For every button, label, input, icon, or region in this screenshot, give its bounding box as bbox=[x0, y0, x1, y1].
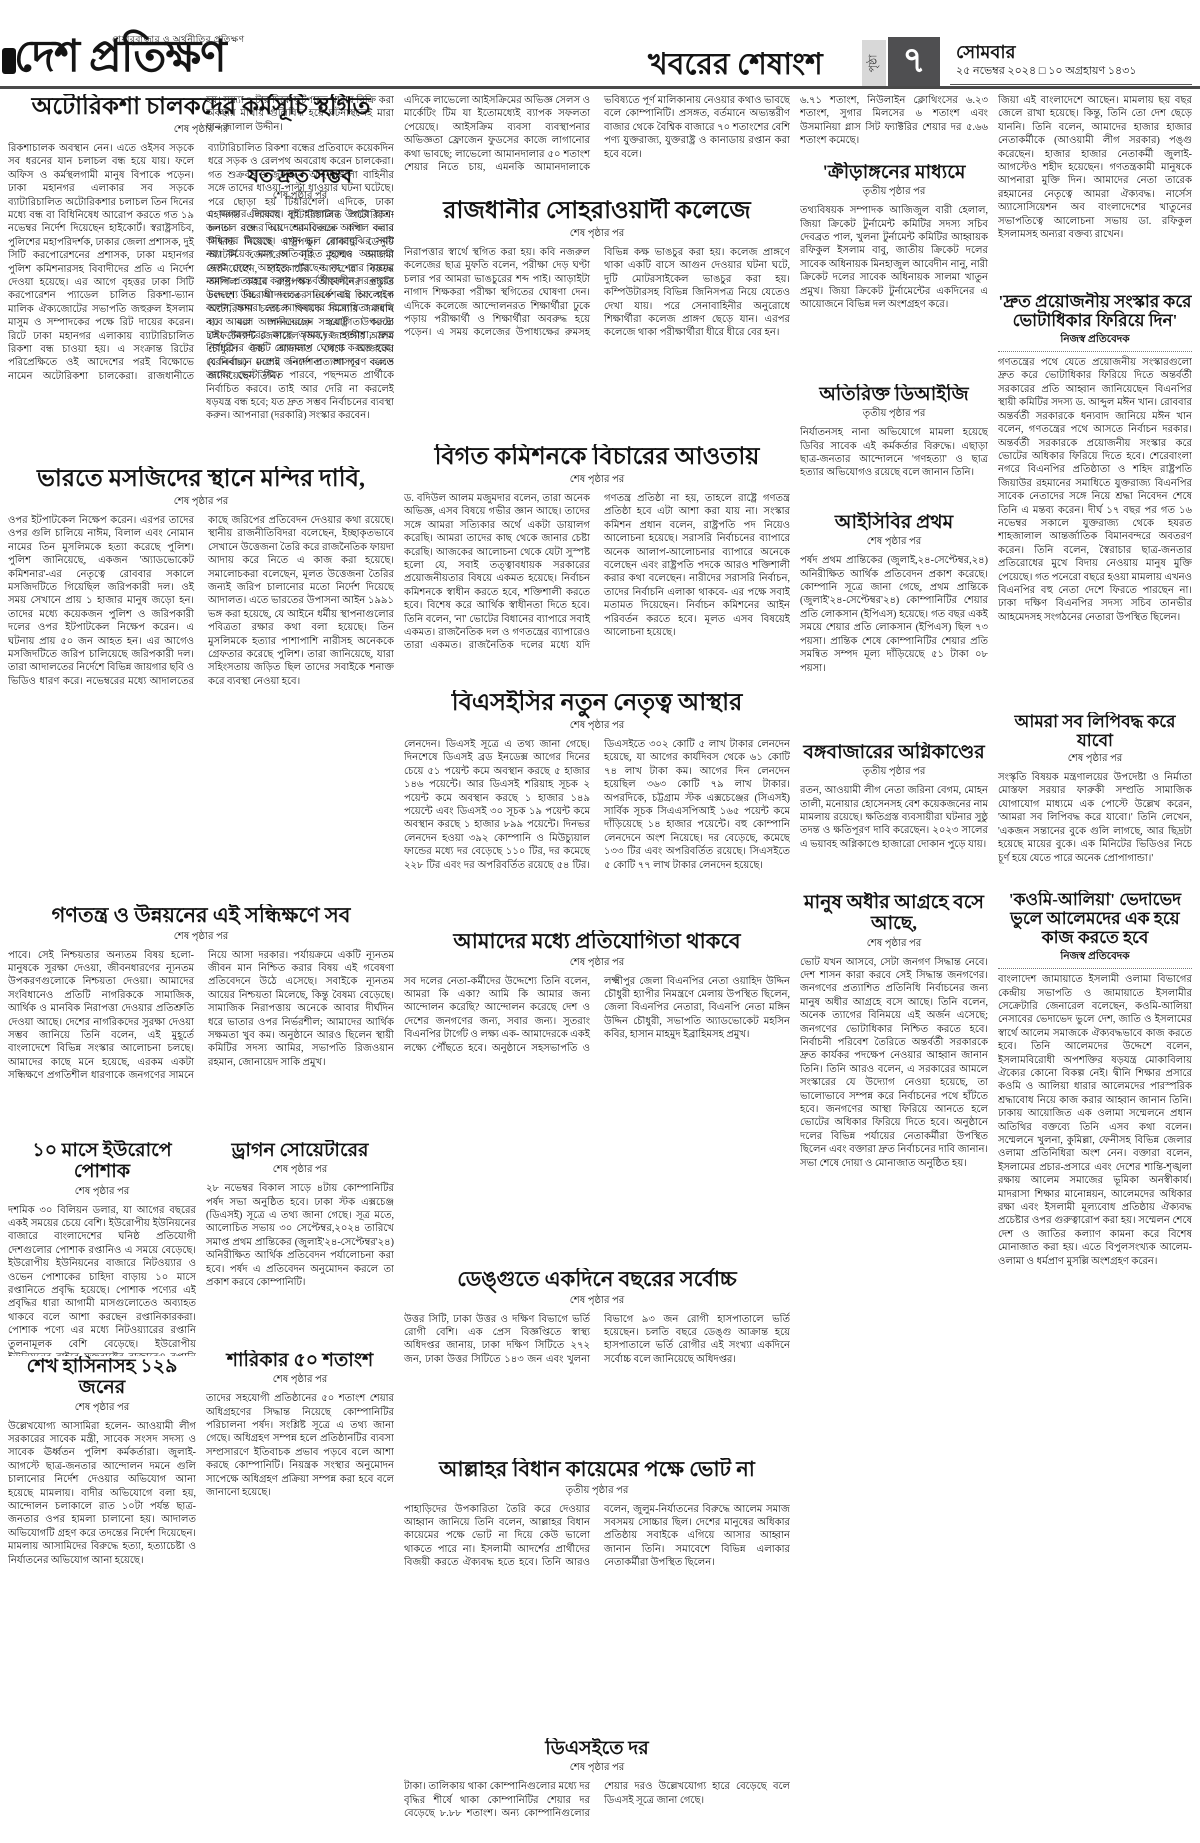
article-suhrawardy-college: রাজধানীর সোহরাওয়ার্দী কলেজে শেষ পৃষ্ঠার… bbox=[404, 198, 790, 444]
article-kicker: শেষ পৃষ্ঠার পর bbox=[998, 751, 1192, 768]
article-headline: গণতন্ত্র ও উন্নয়নের এই সন্ধিক্ষণে সব bbox=[8, 904, 394, 928]
article-body: সব দলের নেতা-কর্মীদের উদ্দেশ্যে তিনি বলে… bbox=[404, 975, 790, 1055]
article-hasina-case: শেখ হাসিনাসহ ১২৯ জনের শেষ পৃষ্ঠার পর উল্… bbox=[8, 1356, 196, 1835]
article-headline: বঙ্গবাজারের অগ্নিকাণ্ডের bbox=[800, 742, 988, 763]
article-kicker: শেষ পৃষ্ঠার পর bbox=[404, 718, 790, 735]
article-body: ২৮ নভেম্বর বিকাল সাড়ে ৪টায় কোম্পানিটির… bbox=[206, 1182, 394, 1289]
masthead: শেয়ারবাজার ও অর্থনীতির প্রতিক্ষণ দেশ প্… bbox=[0, 0, 1200, 86]
article-continuation-col6: জিয়া এই বাংলাদেশে আছেন। মামলায় ছয় বছর… bbox=[998, 94, 1192, 292]
article-kicker: তৃতীয় পৃষ্ঠার পর bbox=[800, 406, 988, 423]
date-rule bbox=[950, 84, 1192, 85]
article-headline: অতিরিক্ত ডিআইজি bbox=[800, 384, 988, 405]
article-continuation-col5: ৬.৭১ শতাংশ, নিউলাইন ক্লোথিংসের ৬.২৩ শতাং… bbox=[800, 94, 988, 162]
article-body: ৬.৭১ শতাংশ, নিউলাইন ক্লোথিংসের ৬.২৩ শতাং… bbox=[800, 94, 988, 148]
page-number-badge: ৭ bbox=[888, 37, 940, 89]
article-icb-quarter: আইসিবির প্রথম শেষ পৃষ্ঠার পর পর্ষদ প্রথম… bbox=[800, 512, 988, 742]
article-kicker: শেষ পৃষ্ঠার পর bbox=[8, 494, 394, 511]
article-body: গণতন্ত্রের পথে যেতে প্রয়োজনীয় সংস্কারগ… bbox=[998, 356, 1192, 624]
date-line: ২৫ নভেম্বর ২০২৪ □ ১০ অগ্রহায়ণ ১৪৩১ bbox=[956, 62, 1136, 81]
article-kicker: শেষ পৃষ্ঠার পর bbox=[206, 188, 394, 205]
article-body: এ সরকার দিয়েছে। দুই হাজারের উপরে ছাত্র-… bbox=[206, 208, 394, 423]
article-continuation-lovello: এদিকে লাভেলো আইসক্রিমের অভিজ্ঞ সেলস ও মা… bbox=[404, 94, 790, 198]
article-body: ওপর ইটপাটকেল নিক্ষেপ করেন। এরপর তাদের ওপ… bbox=[8, 514, 394, 688]
article-democracy-development: গণতন্ত্র ও উন্নয়নের এই সন্ধিক্ষণে সব শে… bbox=[8, 904, 394, 1140]
dotted-divider bbox=[998, 351, 1192, 352]
dotted-divider bbox=[998, 968, 1192, 969]
article-headline: রাজধানীর সোহরাওয়ার্দী কলেজে bbox=[404, 198, 790, 225]
article-body: পর্ষদ প্রথম প্রান্তিকের (জুলাই,২৪-সেপ্টে… bbox=[800, 554, 988, 675]
article-body: ড. বদিউল আলম মজুমদার বলেন, তারা অনেক অভি… bbox=[404, 492, 790, 653]
article-headline: মানুষ অধীর আগ্রহে বসে আছে, bbox=[800, 892, 988, 935]
article-headline: 'ক্রীড়াঙ্গনের মাধ্যমে bbox=[800, 162, 988, 183]
article-body: উত্তর সিটি, ঢাকা উত্তর ও দক্ষিণ বিভাগে ভ… bbox=[404, 1313, 790, 1367]
article-kicker: তৃতীয় পৃষ্ঠার পর bbox=[800, 184, 988, 201]
article-sharika-shares: শারিকার ৫০ শতাংশ শেষ পৃষ্ঠার পর তাদের সহ… bbox=[206, 1350, 394, 1835]
article-headline: শেখ হাসিনাসহ ১২৯ জনের bbox=[8, 1356, 196, 1399]
article-headline: 'দ্রুত প্রয়োজনীয় সংস্কার করে ভোটাধিকার… bbox=[998, 292, 1192, 330]
article-body: বাংলাদেশ জামায়াতে ইসলামী ওলামা বিভাগের … bbox=[998, 973, 1192, 1268]
article-body: নির্যাতনসহ নানা অভিযোগে মামলা হয়েছে ডিব… bbox=[800, 426, 988, 480]
article-reform-voting-rights: 'দ্রুত প্রয়োজনীয় সংস্কার করে ভোটাধিকার… bbox=[998, 292, 1192, 712]
article-headline: 'কওমি-আলিয়া' ভেদাভেদ ভুলে আলেমদের এক হয… bbox=[998, 890, 1192, 947]
masthead-logo: দেশ প্রতিক্ষণ bbox=[14, 34, 226, 80]
article-body: পাবে। সেই নিশ্চয়তার অন্যতম বিষয় হলো- ম… bbox=[8, 949, 394, 1083]
article-body: এদিকে লাভেলো আইসক্রিমের অভিজ্ঞ সেলস ও মা… bbox=[404, 94, 790, 174]
article-kicker: শেষ পৃষ্ঠার পর bbox=[8, 1184, 196, 1201]
article-qawmi-aliya-unity: 'কওমি-আলিয়া' ভেদাভেদ ভুলে আলেমদের এক হয… bbox=[998, 890, 1192, 1835]
article-headline: ড্রাগন সোয়েটারের bbox=[206, 1140, 394, 1161]
article-body: সংস্কৃতি বিষয়ক মন্ত্রণালয়ের উপদেষ্টা ও… bbox=[998, 771, 1192, 865]
article-dse-prices: ডিএসইতে দর শেষ পৃষ্ঠার পর টাকা। তালিকায়… bbox=[404, 1738, 790, 1835]
article-body: তাদের সহযোগী প্রতিষ্ঠানের ৫০ শতাংশ শেয়া… bbox=[206, 1392, 394, 1499]
article-dengue-record: ডেঙ্গুতে একদিনে বছরের সর্বোচ্চ শেষ পৃষ্ঠ… bbox=[404, 1268, 790, 1458]
article-europe-garments: ১০ মাসে ইউরোপে পোশাক শেষ পৃষ্ঠার পর দশমি… bbox=[8, 1140, 196, 1356]
article-fast-election: যত দ্রুত সম্ভব শেষ পৃষ্ঠার পর এ সরকার দি… bbox=[206, 166, 394, 464]
article-kicker: শেষ পৃষ্ঠার পর bbox=[8, 929, 394, 946]
article-people-waiting: মানুষ অধীর আগ্রহে বসে আছে, শেষ পৃষ্ঠার প… bbox=[800, 892, 988, 1835]
page-word-box: পৃষ্ঠা bbox=[862, 40, 886, 86]
article-headline: শারিকার ৫০ শতাংশ bbox=[206, 1350, 394, 1371]
article-kicker: শেষ পৃষ্ঠার পর bbox=[206, 1372, 394, 1389]
article-kicker: শেষ পৃষ্ঠার পর bbox=[404, 1293, 790, 1310]
article-record-everything: আমরা সব লিপিবদ্ধ করে যাবো শেষ পৃষ্ঠার পর… bbox=[998, 712, 1192, 890]
article-headline: ভারতে মসজিদের স্থানে মন্দির দাবি, bbox=[8, 466, 394, 493]
article-headline: যত দ্রুত সম্ভব bbox=[206, 166, 394, 187]
article-headline: বিএসইসির নতুন নেতৃত্ব আস্থার bbox=[404, 690, 790, 717]
article-headline: আল্লাহর বিধান কায়েমের পক্ষে ভোট না bbox=[404, 1458, 790, 1482]
article-kicker: তৃতীয় পৃষ্ঠার পর bbox=[800, 764, 988, 781]
article-body: পাহাড়িদের উপকারিতা তৈরি করে দেওয়ার আহ্… bbox=[404, 1503, 790, 1570]
article-additional-dig: অতিরিক্ত ডিআইজি তৃতীয় পৃষ্ঠার পর নির্যা… bbox=[800, 384, 988, 512]
article-body: তথ্যবিষয়ক সম্পাদক আজিজুল বারী হেলাল, জি… bbox=[800, 204, 988, 311]
article-kicker: শেষ পৃষ্ঠার পর bbox=[404, 472, 790, 489]
article-body: উল্লেখযোগ্য আসামিরা হলেন- আওয়ামী লীগ সর… bbox=[8, 1420, 196, 1567]
article-kicker: শেষ পৃষ্ঠার পর bbox=[8, 1400, 196, 1417]
article-continuation-col2: হয়। সন্ধ্যা ৭ টার দিকে ফুটপাতে খাবার বি… bbox=[206, 94, 394, 166]
article-bangabazar-fire: বঙ্গবাজারের অগ্নিকাণ্ডের তৃতীয় পৃষ্ঠার … bbox=[800, 742, 988, 892]
article-headline: আইসিবির প্রথম bbox=[800, 512, 988, 533]
article-kicker: শেষ পৃষ্ঠার পর bbox=[404, 226, 790, 243]
article-headline: ডেঙ্গুতে একদিনে বছরের সর্বোচ্চ bbox=[404, 1268, 790, 1292]
article-bsec-leadership: বিএসইসির নতুন নেতৃত্ব আস্থার শেষ পৃষ্ঠার… bbox=[404, 690, 790, 930]
article-sports-arena: 'ক্রীড়াঙ্গনের মাধ্যমে তৃতীয় পৃষ্ঠার পর… bbox=[800, 162, 988, 384]
article-kicker: শেষ পৃষ্ঠার পর bbox=[800, 534, 988, 551]
newspaper-page: শেয়ারবাজার ও অর্থনীতির প্রতিক্ষণ দেশ প্… bbox=[0, 0, 1200, 1843]
article-kicker: শেষ পৃষ্ঠার পর bbox=[206, 1162, 394, 1179]
header-rule bbox=[0, 86, 1200, 89]
article-kicker: শেষ পৃষ্ঠার পর bbox=[404, 1760, 790, 1777]
article-byline: নিজস্ব প্রতিবেদক bbox=[998, 332, 1192, 349]
article-india-mosque: ভারতে মসজিদের স্থানে মন্দির দাবি, শেষ পৃ… bbox=[8, 466, 394, 904]
article-past-commission: বিগত কমিশনকে বিচারের আওতায় শেষ পৃষ্ঠার … bbox=[404, 444, 790, 690]
article-kicker: তৃতীয় পৃষ্ঠার পর bbox=[404, 1483, 790, 1500]
section-title: খবরের শেষাংশ bbox=[648, 40, 823, 91]
article-kicker: শেষ পৃষ্ঠার পর bbox=[404, 955, 790, 972]
article-dragon-sweater: ড্রাগন সোয়েটারের শেষ পৃষ্ঠার পর ২৮ নভেম… bbox=[206, 1140, 394, 1350]
article-body: দশমিক ৩০ বিলিয়ন ডলার, যা আগের বছরের একই… bbox=[8, 1204, 196, 1356]
article-body: হয়। সন্ধ্যা ৭ টার দিকে ফুটপাতে খাবার বি… bbox=[206, 94, 394, 134]
article-competition: আমাদের মধ্যে প্রতিযোগিতা থাকবে শেষ পৃষ্ঠ… bbox=[404, 930, 790, 1268]
article-body: নিরাপত্তার স্বার্থে স্থগিত করা হয়। কবি … bbox=[404, 246, 790, 340]
article-byline: নিজস্ব প্রতিবেদক bbox=[998, 949, 1192, 966]
article-headline: ১০ মাসে ইউরোপে পোশাক bbox=[8, 1140, 196, 1183]
article-vote-allah: আল্লাহর বিধান কায়েমের পক্ষে ভোট না তৃতী… bbox=[404, 1458, 790, 1738]
article-headline: আমাদের মধ্যে প্রতিযোগিতা থাকবে bbox=[404, 930, 790, 954]
article-body: জিয়া এই বাংলাদেশে আছেন। মামলায় ছয় বছর… bbox=[998, 94, 1192, 241]
article-kicker: শেষ পৃষ্ঠার পর bbox=[800, 936, 988, 953]
article-body: ভোট যখন আসবে, সেটা জনগণ সিদ্ধান্ত নেবে। … bbox=[800, 956, 988, 1171]
article-body: রতন, আওয়ামী লীগ নেতা জরিনা বেগম, মোহন ত… bbox=[800, 784, 988, 851]
article-headline: বিগত কমিশনকে বিচারের আওতায় bbox=[404, 444, 790, 471]
article-headline: আমরা সব লিপিবদ্ধ করে যাবো bbox=[998, 712, 1192, 750]
article-body: টাকা। তালিকায় থাকা কোম্পানিগুলোর মধ্যে … bbox=[404, 1780, 790, 1820]
article-body: লেনদেন। ডিএসই সূত্রে এ তথ্য জানা গেছে। দ… bbox=[404, 738, 790, 872]
page-word: পৃষ্ঠা bbox=[864, 54, 883, 72]
article-headline: ডিএসইতে দর bbox=[404, 1738, 790, 1759]
